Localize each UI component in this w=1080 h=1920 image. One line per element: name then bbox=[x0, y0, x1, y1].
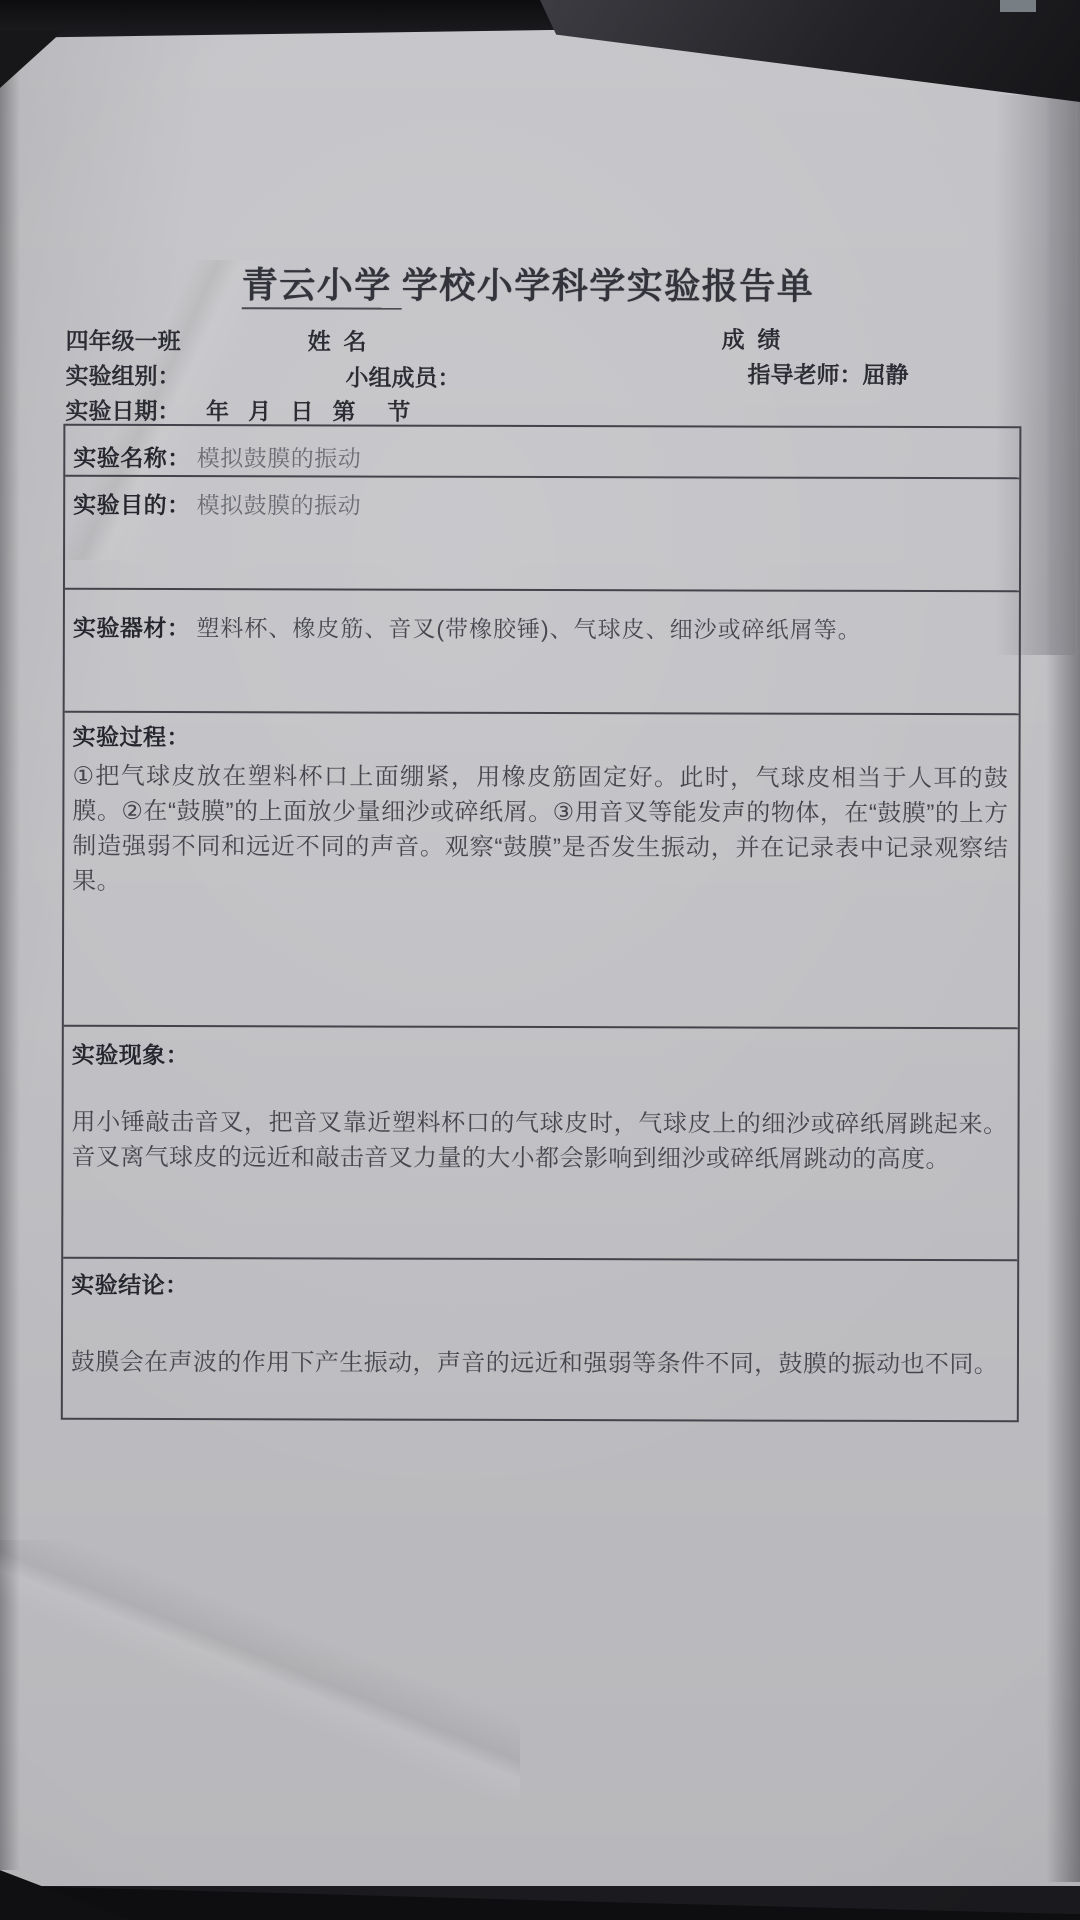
photo-vignette bbox=[0, 0, 1080, 1920]
photo-of-document: 青云小学学校小学科学实验报告单 四年级一班 姓 名 成 绩 实验组别： 小组成员… bbox=[0, 0, 1080, 1920]
